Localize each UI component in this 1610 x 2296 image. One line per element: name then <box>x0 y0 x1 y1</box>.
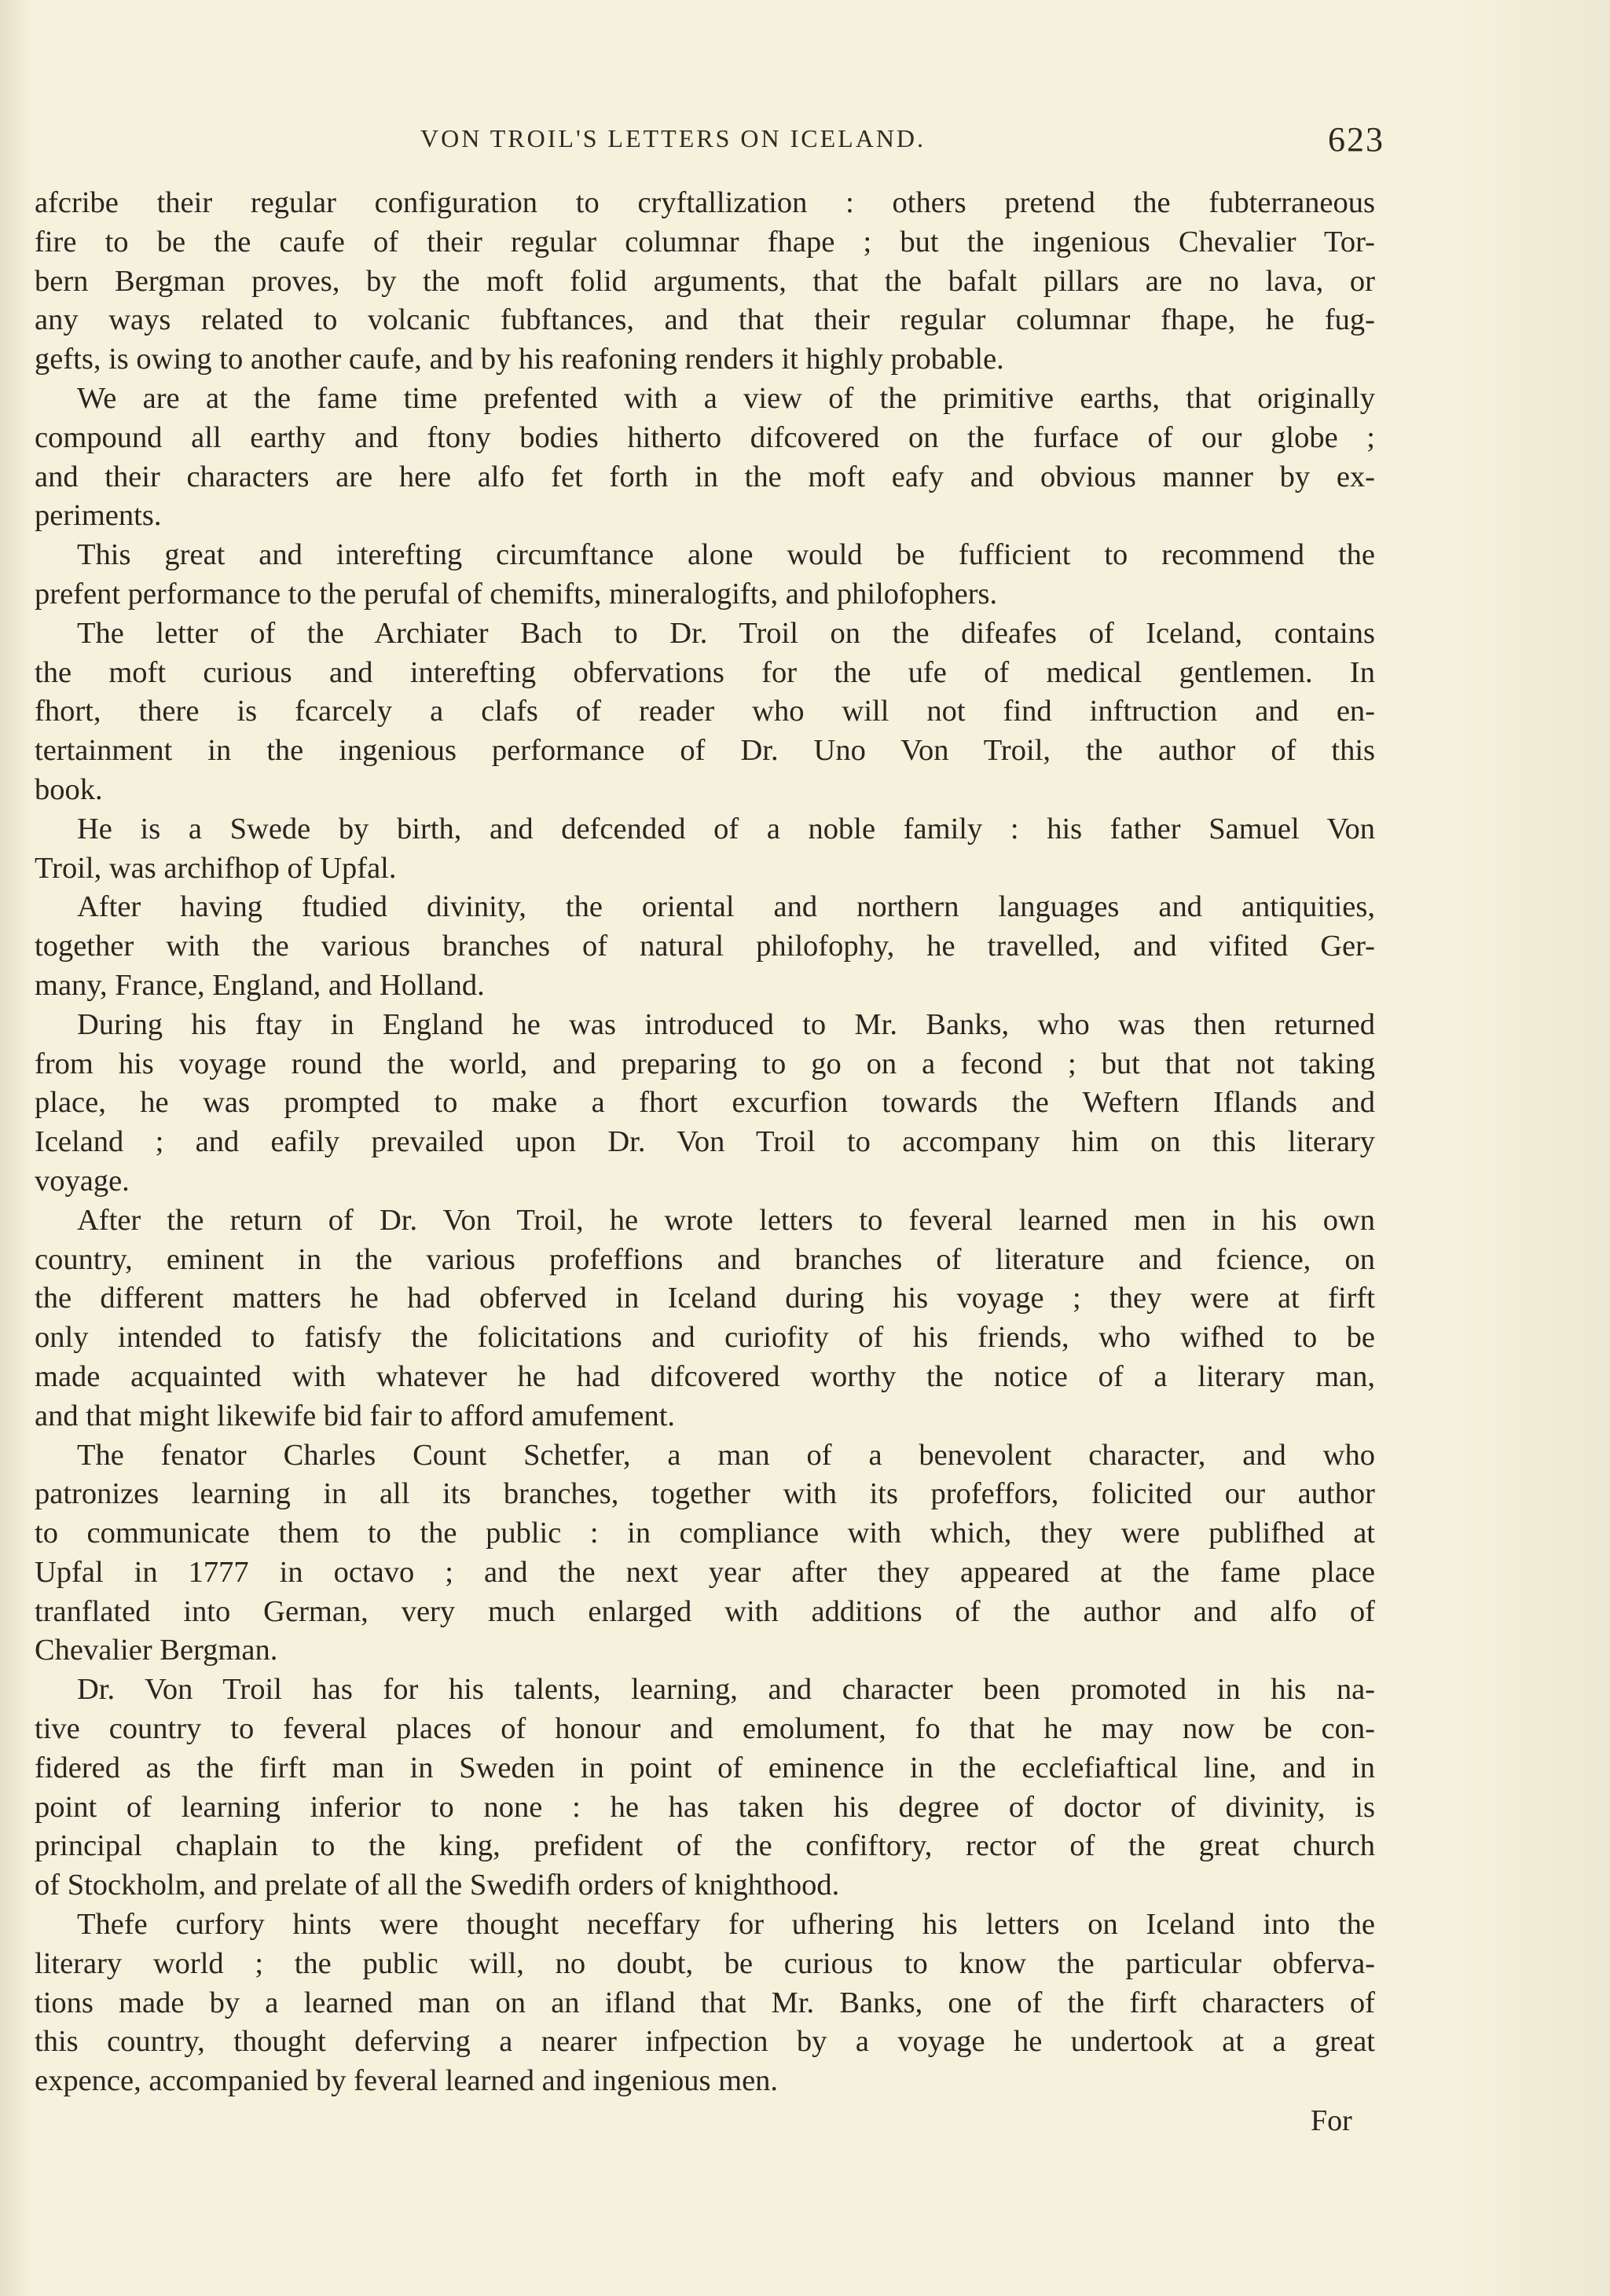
text-line: and that might likewife bid fair to affo… <box>35 1397 1375 1436</box>
text-line: literary world ; the public will, no dou… <box>35 1945 1375 1984</box>
text-line: country, eminent in the various profeffi… <box>35 1241 1375 1280</box>
text-line: During his ftay in England he was introd… <box>35 1006 1375 1045</box>
text-line: gefts, is owing to another caufe, and by… <box>35 340 1375 380</box>
text-line: many, France, England, and Holland. <box>35 966 1375 1006</box>
text-line: together with the various branches of na… <box>35 927 1375 966</box>
text-line: fire to be the caufe of their regular co… <box>35 223 1375 262</box>
text-line: Troil, was archifhop of Upfal. <box>35 849 1375 889</box>
text-line: to communicate them to the public : in c… <box>35 1514 1375 1553</box>
page-number: 623 <box>1328 119 1384 160</box>
paragraph: After the return of Dr. Von Troil, he wr… <box>35 1201 1375 1436</box>
text-line: any ways related to volcanic fubftances,… <box>35 301 1375 340</box>
paragraph: The letter of the Archiater Bach to Dr. … <box>35 614 1375 810</box>
paragraph: Thefe curfory hints were thought neceffa… <box>35 1905 1375 2101</box>
text-line: the moft curious and interefting obferva… <box>35 654 1375 693</box>
text-line: Dr. Von Troil has for his talents, learn… <box>35 1671 1375 1710</box>
text-line: voyage. <box>35 1162 1375 1201</box>
text-line: tive country to feveral places of honour… <box>35 1710 1375 1749</box>
text-line: Thefe curfory hints were thought neceffa… <box>35 1905 1375 1945</box>
text-line: patronizes learning in all its branches,… <box>35 1475 1375 1514</box>
paragraph: Dr. Von Troil has for his talents, learn… <box>35 1671 1375 1905</box>
text-line: fidered as the firft man in Sweden in po… <box>35 1749 1375 1788</box>
text-line: tranflated into German, very much enlarg… <box>35 1593 1375 1632</box>
text-line: After having ftudied divinity, the orien… <box>35 888 1375 927</box>
text-line: tions made by a learned man on an ifland… <box>35 1984 1375 2023</box>
paragraph: He is a Swede by birth, and defcended of… <box>35 810 1375 889</box>
text-line: and their characters are here alfo fet f… <box>35 458 1375 497</box>
text-line: this country, thought deferving a nearer… <box>35 2023 1375 2062</box>
paragraph: We are at the fame time prefented with a… <box>35 380 1375 536</box>
text-line: afcribe their regular configuration to c… <box>35 184 1375 223</box>
text-line: place, he was prompted to make a fhort e… <box>35 1084 1375 1123</box>
text-line: After the return of Dr. Von Troil, he wr… <box>35 1201 1375 1241</box>
text-line: prefent performance to the perufal of ch… <box>35 575 1375 614</box>
text-line: principal chaplain to the king, prefiden… <box>35 1827 1375 1866</box>
text-line: compound all earthy and ftony bodies hit… <box>35 419 1375 458</box>
text-line: He is a Swede by birth, and defcended of… <box>35 810 1375 849</box>
text-line: The letter of the Archiater Bach to Dr. … <box>35 614 1375 654</box>
text-line: We are at the fame time prefented with a… <box>35 380 1375 419</box>
text-line: made acquainted with whatever he had dif… <box>35 1358 1375 1397</box>
text-line: fhort, there is fcarcely a clafs of read… <box>35 692 1375 732</box>
catchword: For <box>1311 2103 1352 2138</box>
paragraph: The fenator Charles Count Schetfer, a ma… <box>35 1436 1375 1671</box>
text-line: Iceland ; and eafily prevailed upon Dr. … <box>35 1123 1375 1162</box>
body-text: afcribe their regular configuration to c… <box>35 184 1375 2101</box>
paragraph: After having ftudied divinity, the orien… <box>35 888 1375 1005</box>
text-line: book. <box>35 771 1375 810</box>
text-line: bern Bergman proves, by the moft folid a… <box>35 262 1375 302</box>
text-line: Chevalier Bergman. <box>35 1631 1375 1671</box>
text-line: only intended to fatisfy the folicitatio… <box>35 1319 1375 1358</box>
paragraph: afcribe their regular configuration to c… <box>35 184 1375 380</box>
text-line: The fenator Charles Count Schetfer, a ma… <box>35 1436 1375 1476</box>
text-line: from his voyage round the world, and pre… <box>35 1045 1375 1084</box>
running-head: VON TROIL'S LETTERS ON ICELAND. 623 <box>0 119 1610 159</box>
paragraph: This great and interefting circumftance … <box>35 536 1375 614</box>
text-line: expence, accompanied by feveral learned … <box>35 2062 1375 2101</box>
text-line: point of learning inferior to none : he … <box>35 1788 1375 1828</box>
running-head-title: VON TROIL'S LETTERS ON ICELAND. <box>420 124 926 153</box>
text-line: of Stockholm, and prelate of all the Swe… <box>35 1866 1375 1905</box>
text-line: the different matters he had obferved in… <box>35 1279 1375 1319</box>
text-line: Upfal in 1777 in octavo ; and the next y… <box>35 1553 1375 1593</box>
text-line: periments. <box>35 497 1375 536</box>
text-line: This great and interefting circumftance … <box>35 536 1375 575</box>
paragraph: During his ftay in England he was introd… <box>35 1006 1375 1201</box>
text-line: tertainment in the ingenious performance… <box>35 732 1375 771</box>
